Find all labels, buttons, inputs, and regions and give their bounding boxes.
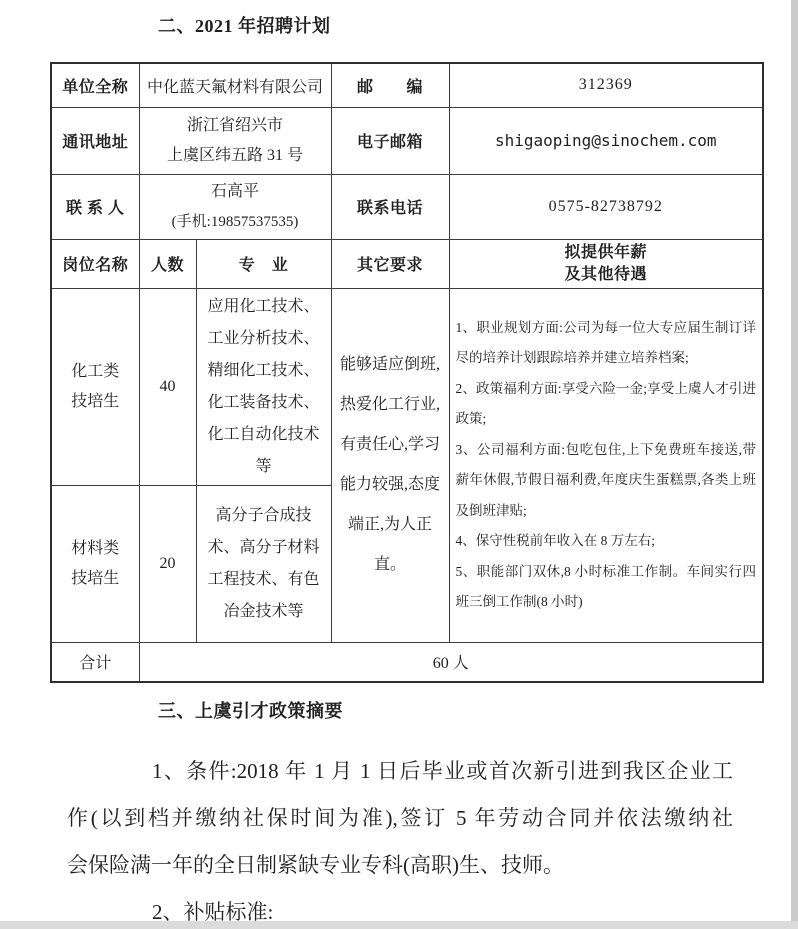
phone-label: 联系电话 (331, 174, 449, 239)
row-job-chemical: 化工类 技培生 40 应用化工技术、工业分析技术、精细化工技术、化工装备技术、化… (51, 288, 763, 485)
contact-mobile: (手机:19857537535) (146, 207, 325, 237)
header-count: 人数 (139, 239, 196, 288)
header-other: 其它要求 (331, 239, 449, 288)
section3-title: 三、上虞引才政策摘要 (158, 697, 343, 723)
email-value: shigaoping@sinochem.com (449, 107, 763, 174)
document-page: 二、2021 年招聘计划 单位全称 中化蓝天氟材料有限公司 邮 编 312369… (0, 0, 798, 929)
job1-majors: 应用化工技术、工业分析技术、精细化工技术、化工装备技术、化工自动化技术等 (196, 288, 331, 485)
policy-line-3: 会保险满一年的全日制紧缺专业专科(高职)生、技师。 (67, 842, 733, 889)
job2-majors: 高分子合成技术、高分子材料工程技术、有色冶金技术等 (196, 485, 331, 642)
job1-name-line2: 技培生 (58, 387, 133, 417)
job2-name-line2: 技培生 (58, 564, 133, 594)
row-total: 合计 60 人 (51, 642, 763, 682)
benefit-item: 2、政策福利方面:享受六险一金;享受上虞人才引进政策; (456, 374, 757, 435)
address-line1: 浙江省绍兴市 (146, 111, 325, 141)
benefit-item: 1、职业规划方面:公司为每一位大专应届生制订详尽的培养计划跟踪培养并建立培养档案… (456, 313, 757, 374)
row-company: 单位全称 中化蓝天氟材料有限公司 邮 编 312369 (51, 63, 763, 107)
address-value: 浙江省绍兴市 上虞区纬五路 31 号 (139, 107, 331, 174)
contact-value: 石高平 (手机:19857537535) (139, 174, 331, 239)
recruitment-table: 单位全称 中化蓝天氟材料有限公司 邮 编 312369 通讯地址 浙江省绍兴市 … (50, 62, 764, 683)
requirements-cell: 能够适应倒班,热爱化工行业,有责任心,学习能力较强,态度端正,为人正直。 (331, 288, 449, 642)
section2-title: 二、2021 年招聘计划 (158, 12, 331, 38)
postcode-value: 312369 (449, 63, 763, 107)
page-edge-right (791, 0, 798, 921)
header-salary: 拟提供年薪 及其他待遇 (449, 239, 763, 288)
page-edge-bottom (0, 921, 798, 929)
job2-name-line1: 材料类 (58, 534, 133, 564)
policy-line-2: 作(以到档并缴纳社保时间为准),签订 5 年劳动合同并依法缴纳社 (67, 795, 733, 842)
job2-name: 材料类 技培生 (51, 485, 139, 642)
header-major: 专 业 (196, 239, 331, 288)
row-contact: 联 系 人 石高平 (手机:19857537535) 联系电话 0575-827… (51, 174, 763, 239)
contact-name: 石高平 (146, 177, 325, 207)
benefit-item: 3、公司福利方面:包吃包住,上下免费班车接送,带薪年休假,节假日福利费,年度庆生… (456, 435, 757, 527)
policy-line-1: 1、条件:2018 年 1 月 1 日后毕业或首次新引进到我区企业工 (67, 748, 733, 795)
benefit-item: 5、职能部门双休,8 小时标准工作制。车间实行四班三倒工作制(8 小时) (456, 557, 757, 618)
phone-value: 0575-82738792 (449, 174, 763, 239)
benefits-cell: 1、职业规划方面:公司为每一位大专应届生制订详尽的培养计划跟踪培养并建立培养档案… (449, 288, 763, 642)
company-name-label: 单位全称 (51, 63, 139, 107)
address-line2: 上虞区纬五路 31 号 (146, 141, 325, 171)
benefit-item: 4、保守性税前年收入在 8 万左右; (456, 526, 757, 557)
job1-name: 化工类 技培生 (51, 288, 139, 485)
job2-count: 20 (139, 485, 196, 642)
total-label: 合计 (51, 642, 139, 682)
row-header: 岗位名称 人数 专 业 其它要求 拟提供年薪 及其他待遇 (51, 239, 763, 288)
company-name-value: 中化蓝天氟材料有限公司 (139, 63, 331, 107)
header-salary-line2: 及其他待遇 (456, 264, 757, 286)
job1-count: 40 (139, 288, 196, 485)
total-value: 60 人 (139, 642, 763, 682)
header-salary-line1: 拟提供年薪 (456, 242, 757, 264)
row-address: 通讯地址 浙江省绍兴市 上虞区纬五路 31 号 电子邮箱 shigaoping@… (51, 107, 763, 174)
postcode-label: 邮 编 (331, 63, 449, 107)
header-position: 岗位名称 (51, 239, 139, 288)
address-label: 通讯地址 (51, 107, 139, 174)
job1-name-line1: 化工类 (58, 357, 133, 387)
contact-label: 联 系 人 (51, 174, 139, 239)
policy-paragraph: 1、条件:2018 年 1 月 1 日后毕业或首次新引进到我区企业工 作(以到档… (67, 748, 733, 929)
email-label: 电子邮箱 (331, 107, 449, 174)
